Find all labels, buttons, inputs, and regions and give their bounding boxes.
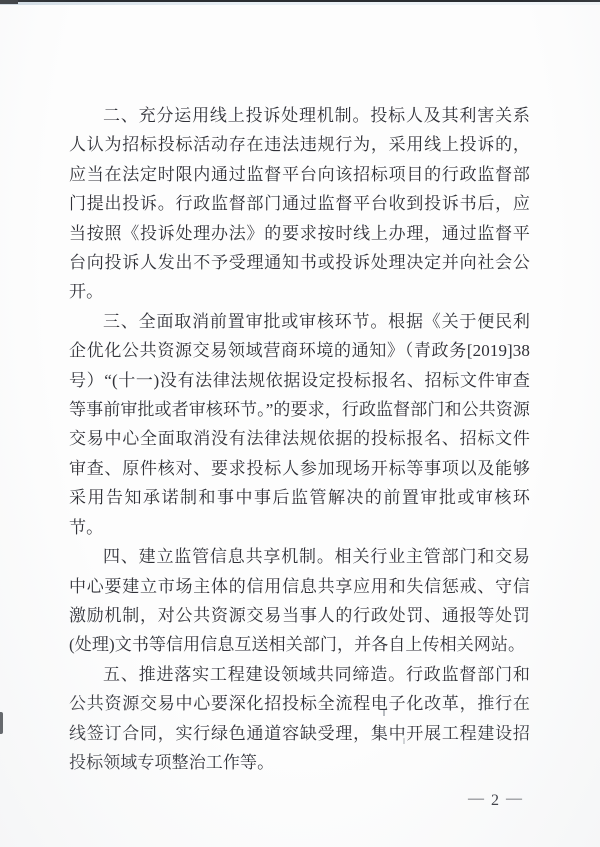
paragraph-section-4: 四、建立监管信息共享机制。相关行业主管部门和交易中心要建立市场主体的信用信息共享…: [69, 542, 530, 660]
page-number-dash-right: —: [506, 788, 522, 810]
paragraph-section-2: 二、充分运用线上投诉处理机制。投标人及其利害关系人认为招标投标活动存在违法违规行…: [69, 101, 530, 307]
page-number-dash-left: —: [468, 788, 484, 810]
page-number: —2—: [455, 790, 535, 812]
scan-artifact-left-edge: [0, 712, 3, 734]
scan-artifact-top-tint: [0, 2, 600, 5]
scan-artifact-top-left-corner: [0, 0, 18, 4]
document-page: 二、充分运用线上投诉处理机制。投标人及其利害关系人认为招标投标活动存在违法违规行…: [0, 0, 600, 847]
paragraph-section-5: 五、推进落实工程建设领域共同缔造。行政监督部门和公共资源交易中心要深化招投标全流…: [69, 660, 530, 778]
document-body: 二、充分运用线上投诉处理机制。投标人及其利害关系人认为招标投标活动存在违法违规行…: [69, 101, 530, 777]
page-number-value: 2: [491, 790, 499, 812]
paragraph-section-3: 三、全面取消前置审批或审核环节。根据《关于便民利企优化公共资源交易领域营商环境的…: [69, 307, 530, 542]
